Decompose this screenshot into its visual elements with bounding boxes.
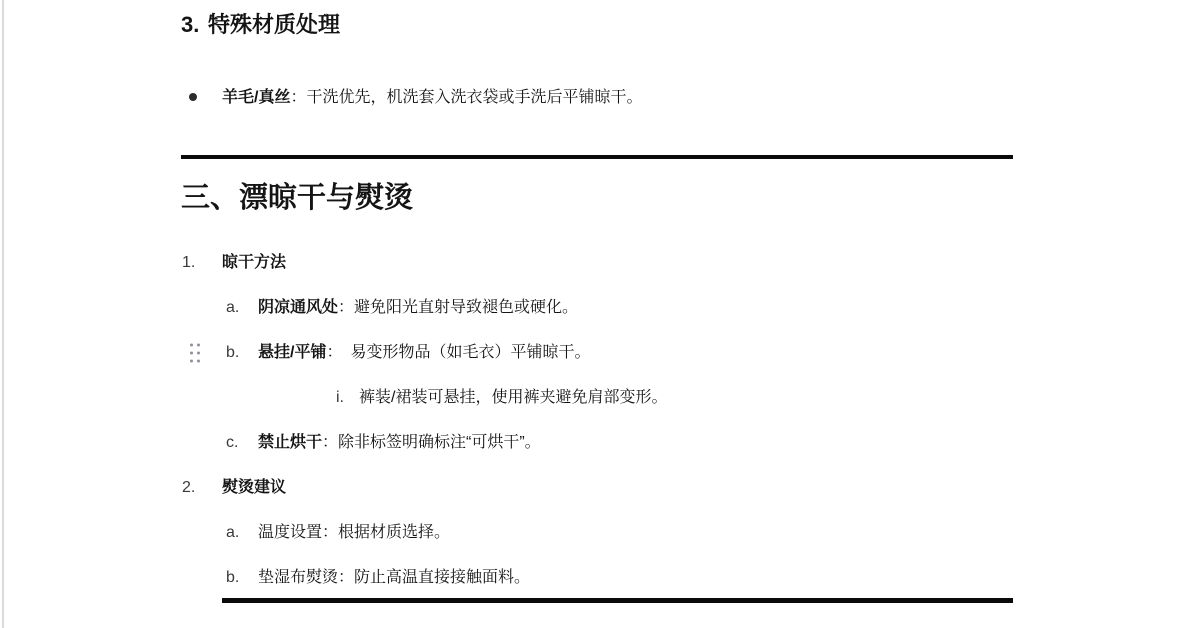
list-desc: ：除非标签明确标注“可烘干”。 [322,432,541,454]
list-marker: a. [226,522,258,544]
list-item-damp-cloth-ironing[interactable]: b. 垫湿布熨烫：防止高温直接接触面料。 [181,555,1013,600]
list-marker: b. [226,567,258,589]
list-term: 悬挂/平铺 [258,342,326,364]
list-item-temperature-setting[interactable]: a. 温度设置：根据材质选择。 [181,510,1013,555]
heading-special-materials[interactable]: 3. 特殊材质处理 [181,11,340,39]
bullet-term: 羊毛/真丝 [222,89,290,106]
list-marker: a. [226,297,258,319]
list-desc: ：避免阳光直射导致褪色或硬化。 [338,297,578,319]
list-desc: ： 易变形物品（如毛衣）平铺晾干。 [326,342,590,364]
heading-number: 3. [181,11,208,39]
divider-top [181,155,1013,159]
list-item-drying-method[interactable]: 1. 晾干方法 [181,240,1013,285]
list-marker: c. [226,432,258,454]
list-term: 阴凉通风处 [258,297,338,319]
bullet-desc: ：干洗优先，机洗套入洗衣袋或手洗后平铺晾干。 [290,89,642,106]
list-item-pants-skirts[interactable]: i. 裤装/裙装可悬挂，使用裤夹避免肩部变形。 [181,375,1013,420]
list-desc: 裤装/裙装可悬挂，使用裤夹避免肩部变形。 [359,387,667,409]
list-term: 晾干方法 [222,252,286,274]
list-marker: i. [336,387,359,409]
list-desc: 温度设置：根据材质选择。 [258,522,450,544]
divider-bottom [222,598,1013,603]
bullet-dot-icon [189,93,197,101]
bullet-text: 羊毛/真丝：干洗优先，机洗套入洗衣袋或手洗后平铺晾干。 [222,89,642,106]
list-desc: 垫湿布熨烫：防止高温直接接触面料。 [258,567,530,589]
page-edge-line [2,0,4,628]
drag-handle-icon[interactable] [190,343,200,362]
list-marker: 1. [182,252,222,274]
ordered-list: 1. 晾干方法 a. 阴凉通风处 ：避免阳光直射导致褪色或硬化。 b. 悬挂/平… [181,240,1013,600]
list-item-shade-ventilation[interactable]: a. 阴凉通风处 ：避免阳光直射导致褪色或硬化。 [181,285,1013,330]
list-item-ironing-advice[interactable]: 2. 熨烫建议 [181,465,1013,510]
heading-drying-ironing[interactable]: 三、漂晾干与熨烫 [181,179,413,217]
list-marker: b. [226,342,258,364]
heading-text: 三、漂晾干与熨烫 [181,182,413,214]
document-canvas: 3. 特殊材质处理 羊毛/真丝：干洗优先，机洗套入洗衣袋或手洗后平铺晾干。 三、… [181,0,1013,628]
list-term: 禁止烘干 [258,432,322,454]
list-term: 熨烫建议 [222,477,286,499]
bullet-item-wool-silk[interactable]: 羊毛/真丝：干洗优先，机洗套入洗衣袋或手洗后平铺晾干。 [181,87,1013,109]
list-item-hang-or-flat[interactable]: b. 悬挂/平铺 ： 易变形物品（如毛衣）平铺晾干。 [181,330,1013,375]
heading-text: 特殊材质处理 [208,11,340,39]
list-marker: 2. [182,477,222,499]
list-item-no-tumble-dry[interactable]: c. 禁止烘干 ：除非标签明确标注“可烘干”。 [181,420,1013,465]
